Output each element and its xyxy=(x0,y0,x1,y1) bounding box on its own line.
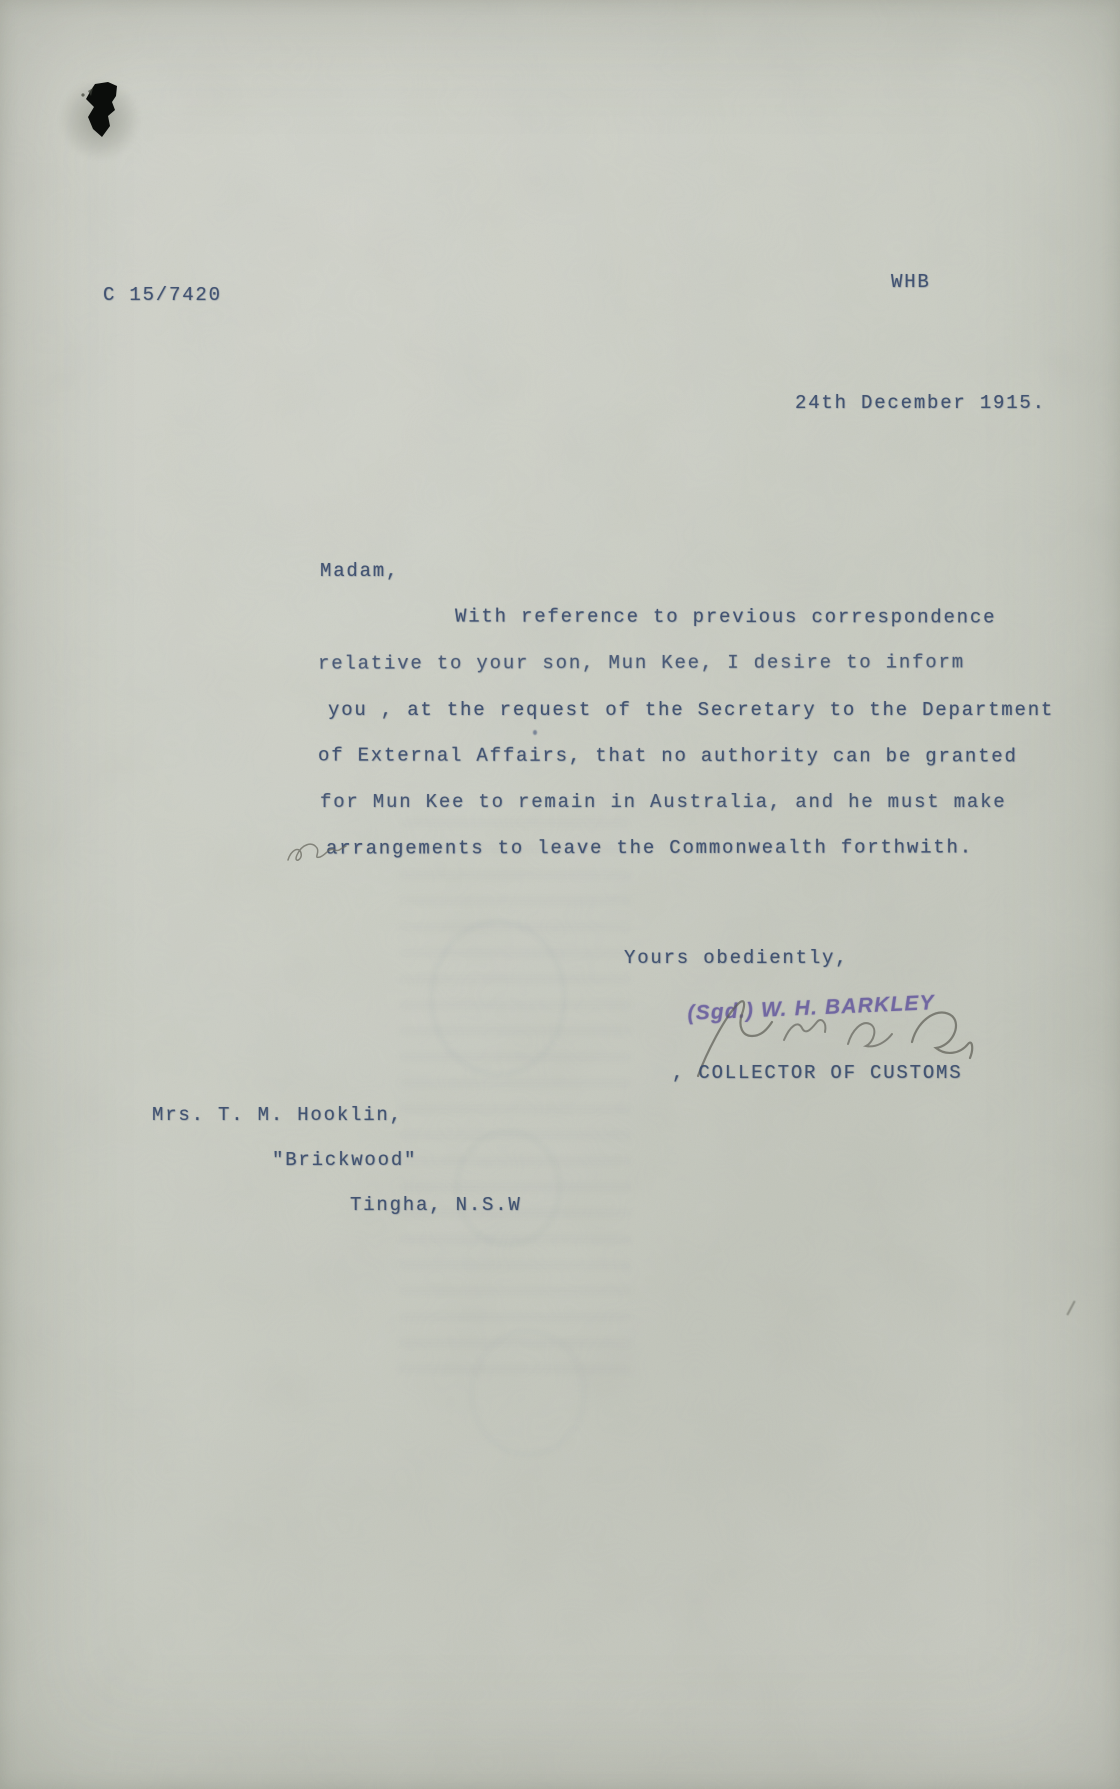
clerk-initials: WHB xyxy=(891,271,931,293)
date-line: 24th December 1915. xyxy=(795,392,1046,414)
recipient-residence: "Brickwood" xyxy=(272,1149,417,1171)
bleed-through-stamp xyxy=(470,1330,586,1456)
bleed-through-stamp xyxy=(455,1130,561,1246)
body-line: relative to your son, Mun Kee, I desire … xyxy=(318,651,965,674)
body-line: of External Affairs, that no authority c… xyxy=(318,745,1018,768)
stray-ink-dot xyxy=(533,730,537,735)
edge-scratch-mark xyxy=(1066,1300,1075,1315)
body-line: you , at the request of the Secretary to… xyxy=(328,699,1054,721)
signature-stamp: (Sgd.) W. H. BARKLEY xyxy=(687,991,935,1026)
body-line: With reference to previous correspondenc… xyxy=(455,606,996,629)
bleed-through-marks xyxy=(400,820,630,1380)
reference-number: C 15/7420 xyxy=(103,284,222,306)
hole-shadow xyxy=(60,80,140,160)
closing-line: Yours obediently, xyxy=(624,947,848,969)
recipient-locality: Tingha, N.S.W xyxy=(350,1194,522,1216)
paper-texture xyxy=(0,0,1120,1789)
paper-hole xyxy=(55,55,165,165)
bleed-through-stamp xyxy=(430,920,566,1076)
salutation: Madam, xyxy=(320,560,399,582)
body-line: arrangements to leave the Commonwealth f… xyxy=(326,836,973,859)
recipient-name: Mrs. T. M. Hooklin, xyxy=(152,1104,403,1126)
letter-page: C 15/7420 WHB 24th December 1915. Madam,… xyxy=(0,0,1120,1789)
body-line: for Mun Kee to remain in Australia, and … xyxy=(320,791,1007,813)
signature-title: , COLLECTOR OF CUSTOMS xyxy=(672,1062,962,1084)
